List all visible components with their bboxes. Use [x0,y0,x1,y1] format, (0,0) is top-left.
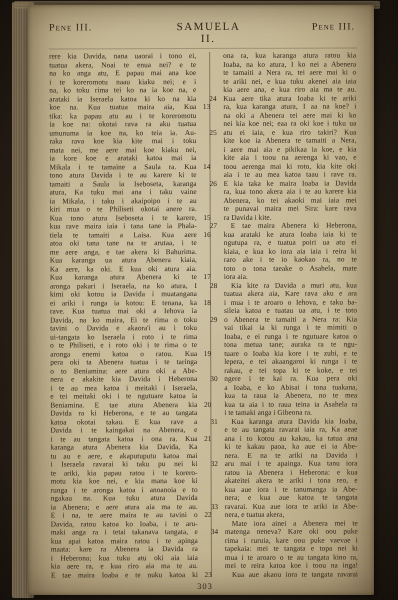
verse-number: 33 [211,502,223,511]
text-line: Kua aue akaou iora te tangata ravarai [225,570,358,579]
book-page: Pene III. SAMUELA II. Pene III. rere kia… [28,5,374,595]
verse-number: 30 [210,375,222,384]
running-head-title: SAMUELA II. [177,21,240,45]
right-column: ona ra, kua karanga atura ratou kiaIoaba… [223,51,358,578]
verse-number: 19 [199,349,211,358]
verse-number: 25 [209,128,221,137]
verse-number: 24 [209,94,221,103]
page-content: Pene III. SAMUELA II. Pene III. rere kia… [27,4,375,595]
verse-number: 13 [198,103,210,112]
head-rule [49,47,357,49]
photo-background: Pene III. SAMUELA II. Pene III. rere kia… [0,0,398,600]
verse-number: 26 [210,179,222,188]
verse-number: 22 [200,511,212,520]
verse-number: 29 [210,315,222,324]
verse-number: 16 [199,230,211,239]
page-number: 303 [51,580,359,591]
text-line: E tae maira Ioaba e te nuku katoa ki23 [51,571,198,580]
verse-number: 28 [210,281,222,290]
verse-number: 18 [199,298,211,307]
verse-number: 14 [199,162,211,171]
text-columns: rere kia Davida, nana uaorai i tono ei,t… [49,51,359,579]
verse-number: 34 [211,528,223,537]
left-column: rere kia Davida, nana uaorai i tono ei,t… [49,52,198,580]
verse-number: 20 [199,400,211,409]
running-head-right: Pene III. [240,21,355,32]
text-line-content: E tae maira Ioaba e te nuku katoa ki [51,571,198,580]
verse-number: 27 [210,222,222,231]
verse-number: 32 [211,460,223,469]
running-head-left: Pene III. [49,22,177,33]
verse-number: 21 [199,434,211,443]
running-head: Pene III. SAMUELA II. Pene III. [49,20,357,47]
verse-number: 23 [200,570,212,579]
text-line-content: Kua aue akaou iora te tangata ravarai [225,570,358,579]
verse-number: 31 [210,417,222,426]
